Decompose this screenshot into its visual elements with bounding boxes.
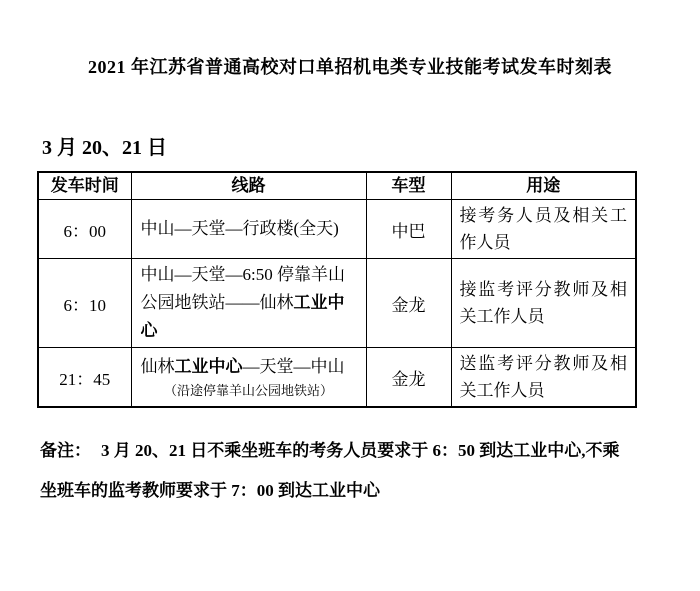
- col-header-purpose: 用途: [451, 172, 636, 200]
- cell-purpose: 接监考评分教师及相关工作人员: [451, 259, 636, 348]
- table-row: 21：45 仙林工业中心—天堂—中山（沿途停靠羊山公园地铁站） 金龙 送监考评分…: [38, 348, 636, 408]
- remarks-note: 备注：3 月 20、21 日不乘坐班车的考务人员要求于 6：50 到达工业中心,…: [40, 431, 664, 511]
- route-text-suffix: —天堂—中山: [243, 357, 345, 376]
- cell-vehicle-type: 中巴: [366, 200, 451, 259]
- cell-vehicle-type: 金龙: [366, 348, 451, 408]
- cell-vehicle-type: 金龙: [366, 259, 451, 348]
- cell-route: 中山—天堂—行政楼(全天): [131, 200, 366, 259]
- header-row: 发车时间 线路 车型 用途: [38, 172, 636, 200]
- remarks-text: 3 月 20、21 日不乘坐班车的考务人员要求于 6：50 到达工业中心,不乘 …: [40, 441, 620, 500]
- document-title: 2021 年江苏省普通高校对口单招机电类专业技能考试发车时刻表: [0, 53, 700, 79]
- col-header-route: 线路: [131, 172, 366, 200]
- table-row: 6：00 中山—天堂—行政楼(全天) 中巴 接考务人员及相关工作人员: [38, 200, 636, 259]
- cell-route: 仙林工业中心—天堂—中山（沿途停靠羊山公园地铁站）: [131, 348, 366, 408]
- route-subnote: （沿途停靠羊山公园地铁站）: [141, 381, 357, 401]
- route-text: 中山—天堂—行政楼(全天): [141, 219, 339, 238]
- col-header-vehicle-type: 车型: [366, 172, 451, 200]
- cell-departure-time: 6：00: [38, 200, 131, 259]
- cell-departure-time: 21：45: [38, 348, 131, 408]
- cell-departure-time: 6：10: [38, 259, 131, 348]
- remarks-label: 备注：: [40, 441, 91, 460]
- cell-purpose: 接考务人员及相关工作人员: [451, 200, 636, 259]
- cell-purpose: 送监考评分教师及相关工作人员: [451, 348, 636, 408]
- bus-schedule-table: 发车时间 线路 车型 用途 6：00 中山—天堂—行政楼(全天) 中巴 接考务人…: [37, 171, 637, 408]
- route-text: 仙林: [141, 357, 175, 376]
- date-heading: 3 月 20、21 日: [42, 131, 167, 160]
- cell-route: 中山—天堂—6:50 停靠羊山公园地铁站——仙林工业中心: [131, 259, 366, 348]
- route-bold-text: 工业中心: [175, 357, 243, 376]
- document-page: 2021 年江苏省普通高校对口单招机电类专业技能考试发车时刻表 3 月 20、2…: [0, 0, 700, 591]
- table-row: 6：10 中山—天堂—6:50 停靠羊山公园地铁站——仙林工业中心 金龙 接监考…: [38, 259, 636, 348]
- col-header-departure-time: 发车时间: [38, 172, 131, 200]
